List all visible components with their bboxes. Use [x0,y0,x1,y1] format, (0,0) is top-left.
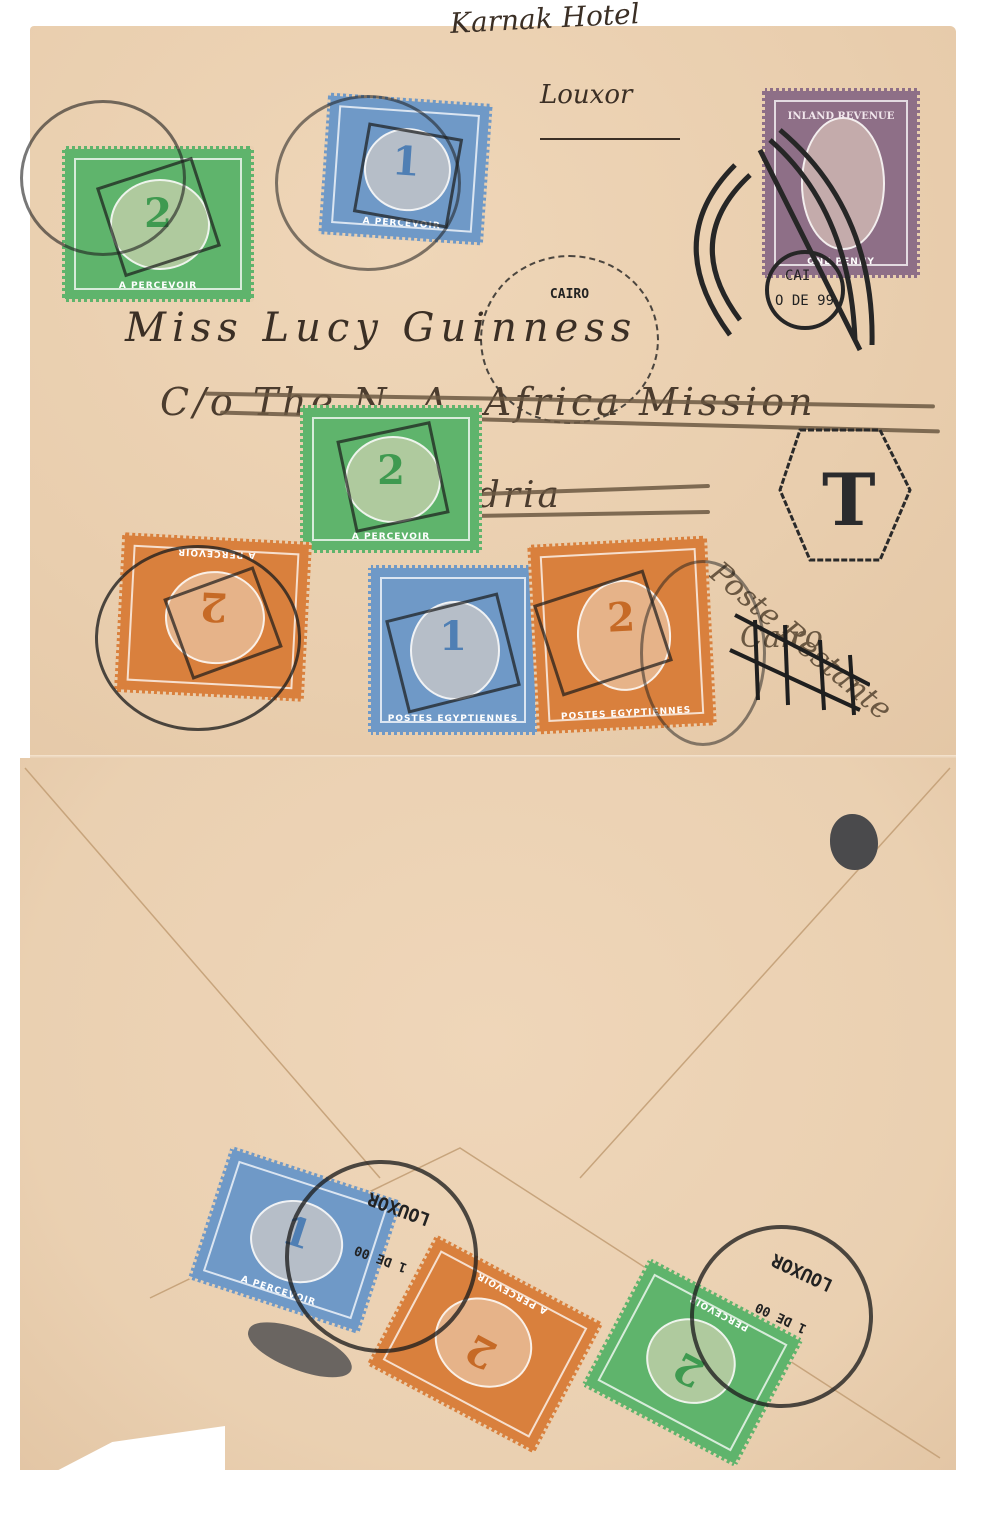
ink-blot [830,814,878,870]
svg-text:CAI: CAI [785,268,810,284]
box-cancel [336,421,449,533]
postmark-circle [20,100,186,256]
svg-text:O DE 99: O DE 99 [775,293,834,309]
postmark-circle [95,545,301,731]
postmark-circle [640,560,766,746]
postmark-circle [275,95,461,271]
tax-hexagon-mark: T [770,420,920,570]
sender-note-line-2: Louxor [540,80,632,110]
barred-cancel: CAI O DE 99 [640,120,890,360]
svg-text:T: T [822,457,876,542]
addressee-name: Miss Lucy Guinness [125,305,637,351]
